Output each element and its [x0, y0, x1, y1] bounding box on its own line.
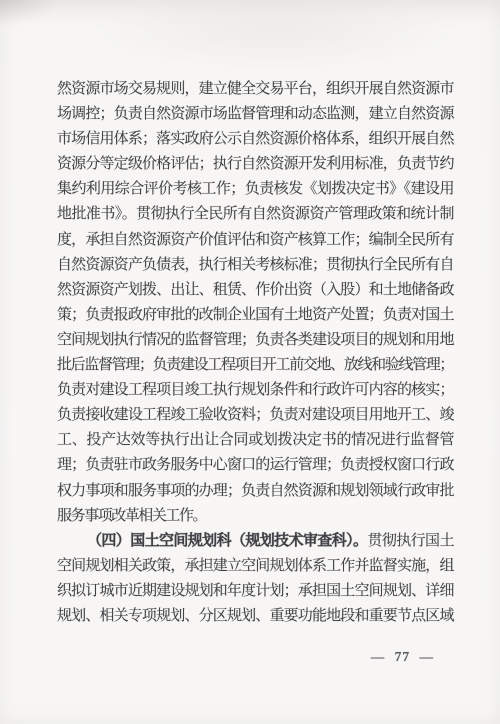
body-text-segment: 负责对建设工程项目竣工执行规划条件和行政许可内容的核实； [57, 382, 453, 398]
text-line: 工、投产达效等执行出让合同或划拨决定书的情况进行监督管 [57, 428, 453, 453]
body-text-segment: 织拟订城市近期建设规划和年度计划；承担国土空间规划、详细 [57, 583, 453, 599]
text-line: 空间规划执行情况的监督管理；负责各类建设项目的规划和用地 [57, 328, 453, 353]
body-text-segment: 场调控；负责自然资源市场监督管理和动态监测，建立自然资源 [57, 106, 453, 122]
text-line: 负责对建设工程项目竣工执行规划条件和行政许可内容的核实； [57, 378, 453, 403]
body-text-segment: 自然资源资产负债表，执行相关考核标准；贯彻执行全民所有自 [57, 257, 453, 273]
text-line: 资源分等定级价格评估；执行自然资源开发利用标准，负责节约 [57, 152, 453, 177]
body-text-segment: 规划、相关专项规划、分区规划、重要功能地段和重要节点区域 [57, 608, 453, 624]
text-line: 负责接收建设工程竣工验收资料；负责对建设项目用地开工、竣 [57, 403, 453, 428]
text-line: 织拟订城市近期建设规划和年度计划；承担国土空间规划、详细 [57, 579, 453, 604]
text-line: 批后监督管理；负责建设工程项目开工前交地、放线和验线管理； [57, 353, 453, 378]
text-line: 场调控；负责自然资源市场监督管理和动态监测，建立自然资源 [57, 102, 453, 127]
body-text-segment: 市场信用体系；落实政府公示自然资源价格体系，组织开展自然 [57, 131, 453, 147]
text-line: 权力事项和服务事项的办理；负责自然资源和规划领域行政审批 [57, 479, 453, 504]
body-text-segment: 批后监督管理；负责建设工程项目开工前交地、放线和验线管理； [57, 357, 453, 373]
text-line: 然资源资产划拨、出让、租赁、作价出资（入股）和土地储备政 [57, 278, 453, 303]
text-line: 市场信用体系；落实政府公示自然资源价格体系，组织开展自然 [57, 127, 453, 152]
body-text-segment: 负责接收建设工程竣工验收资料；负责对建设项目用地开工、竣 [57, 407, 453, 423]
body-text-segment: 权力事项和服务事项的办理；负责自然资源和规划领域行政审批 [57, 483, 453, 499]
body-text-segment: 然资源资产划拨、出让、租赁、作价出资（入股）和土地储备政 [57, 282, 453, 298]
text-line: 地批准书》。贯彻执行全民所有自然资源资产管理政策和统计制 [57, 202, 453, 227]
text-line: 自然资源资产负债表，执行相关考核标准；贯彻执行全民所有自 [57, 253, 453, 278]
section-heading: （四）国土空间规划科（规划技术审查科）。 [87, 533, 367, 549]
text-line: （四）国土空间规划科（规划技术审查科）。贯彻执行国土 [57, 529, 453, 554]
body-text-segment: 服务事项改革相关工作。 [57, 508, 206, 524]
body-text: 然资源市场交易规则，建立健全交易平台，组织开展自然资源市场调控；负责自然资源市场… [57, 77, 453, 629]
text-line: 然资源市场交易规则，建立健全交易平台，组织开展自然资源市 [57, 77, 453, 102]
body-text-segment: 度，承担自然资源资产价值评估和资产核算工作；编制全民所有 [57, 232, 453, 248]
text-line: 规划、相关专项规划、分区规划、重要功能地段和重要节点区域 [57, 604, 453, 629]
body-text-segment: 贯彻执行国土 [367, 533, 453, 549]
body-text-segment: 策；负责报政府审批的改制企业国有土地资产处置；负责对国土 [57, 307, 453, 323]
body-text-segment: 理；负责驻市政务服务中心窗口的运行管理；负责授权窗口行政 [57, 457, 453, 473]
body-text-segment: 然资源市场交易规则，建立健全交易平台，组织开展自然资源市 [57, 81, 453, 97]
text-line: 服务事项改革相关工作。 [57, 504, 453, 529]
scan-corner-shadow [0, 0, 60, 26]
body-text-segment: 空间规划相关政策，承担建立空间规划体系工作并监督实施，组 [57, 558, 453, 574]
text-line: 理；负责驻市政务服务中心窗口的运行管理；负责授权窗口行政 [57, 453, 453, 478]
body-text-segment: 资源分等定级价格评估；执行自然资源开发利用标准，负责节约 [57, 156, 453, 172]
text-line: 集约利用综合评价考核工作；负责核发《划拨决定书》《建设用 [57, 177, 453, 202]
body-text-segment: 工、投产达效等执行出让合同或划拨决定书的情况进行监督管 [57, 432, 453, 448]
page-number: — 77 — [371, 649, 434, 665]
text-line: 度，承担自然资源资产价值评估和资产核算工作；编制全民所有 [57, 228, 453, 253]
text-line: 策；负责报政府审批的改制企业国有土地资产处置；负责对国土 [57, 303, 453, 328]
text-line: 空间规划相关政策，承担建立空间规划体系工作并监督实施，组 [57, 554, 453, 579]
body-text-segment: 集约利用综合评价考核工作；负责核发《划拨决定书》《建设用 [57, 181, 453, 197]
document-page: 然资源市场交易规则，建立健全交易平台，组织开展自然资源市场调控；负责自然资源市场… [0, 0, 500, 724]
body-text-segment: 空间规划执行情况的监督管理；负责各类建设项目的规划和用地 [57, 332, 453, 348]
body-text-segment: 地批准书》。贯彻执行全民所有自然资源资产管理政策和统计制 [57, 206, 453, 222]
